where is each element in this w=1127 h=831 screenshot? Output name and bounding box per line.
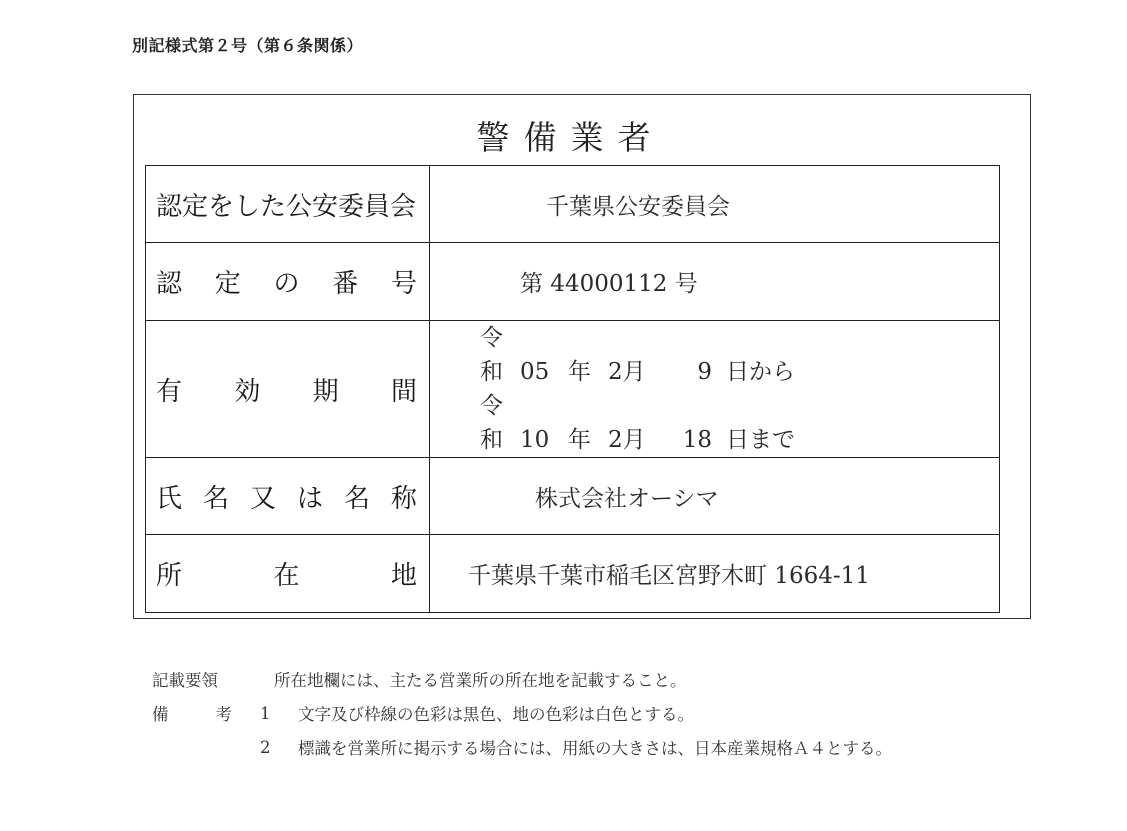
table-row-business-name: 氏 名 又 は 名 称 株式会社オーシマ bbox=[146, 458, 1000, 535]
label-char: 定 bbox=[215, 263, 241, 300]
label-char: 又 bbox=[250, 478, 276, 515]
label-char: 号 bbox=[391, 263, 417, 300]
instructions-heading: 記載要領 bbox=[152, 667, 274, 691]
label-business-name: 氏 名 又 は 名 称 bbox=[156, 478, 417, 515]
label-char: 名 bbox=[203, 478, 229, 515]
value-authority: 千葉県公安委員会 bbox=[430, 194, 730, 220]
label-authority: 認定をした公安委員会 bbox=[156, 192, 416, 222]
remarks-heading-char: 備 bbox=[152, 701, 169, 725]
instructions-text: 所在地欄には、主たる営業所の所在地を記載すること。 bbox=[274, 667, 687, 691]
value-address: 千葉県千葉市稲毛区宮野木町 1664-11 bbox=[430, 563, 870, 589]
period-to: 令和10年2月18日まで bbox=[480, 389, 999, 457]
label-char: 認 bbox=[156, 263, 182, 300]
label-char: 地 bbox=[391, 555, 417, 592]
period-suffix: 日から bbox=[726, 355, 795, 389]
label-validity-period: 有 効 期 間 bbox=[156, 371, 417, 408]
sign-title: 警備業者 bbox=[0, 112, 1127, 159]
form-reference: 別記様式第２号（第６条関係） bbox=[132, 33, 363, 56]
label-char: 効 bbox=[234, 371, 260, 408]
label-char: 所 bbox=[156, 555, 182, 592]
remark-text: 標識を営業所に掲示する場合には、用紙の大きさは、日本産業規格Ａ４とする。 bbox=[298, 735, 892, 759]
period-month: 2月 bbox=[608, 355, 660, 389]
table-row-authority: 認定をした公安委員会 千葉県公安委員会 bbox=[146, 166, 1000, 243]
sign-table: 認定をした公安委員会 千葉県公安委員会 認 定 の 番 号 第 44000112… bbox=[145, 165, 1000, 613]
label-cell: 認 定 の 番 号 bbox=[146, 243, 430, 321]
value-cell: 千葉県公安委員会 bbox=[430, 166, 1000, 243]
label-address: 所 在 地 bbox=[156, 555, 417, 592]
label-cell: 氏 名 又 は 名 称 bbox=[146, 458, 430, 535]
label-char: 氏 bbox=[156, 478, 182, 515]
value-cell: 第 44000112 号 bbox=[430, 243, 1000, 321]
remark-line-2: 2 標識を営業所に掲示する場合には、用紙の大きさは、日本産業規格Ａ４とする。 bbox=[152, 730, 892, 764]
instructions-line: 記載要領 所在地欄には、主たる営業所の所在地を記載すること。 bbox=[152, 662, 892, 696]
label-char: 番 bbox=[332, 263, 358, 300]
notes-section: 記載要領 所在地欄には、主たる営業所の所在地を記載すること。 備 考 1 文字及… bbox=[152, 662, 892, 764]
label-char: 有 bbox=[156, 371, 182, 408]
remark-line-1: 備 考 1 文字及び枠線の色彩は黒色、地の色彩は白色とする。 bbox=[152, 696, 892, 730]
remarks-heading-char: 考 bbox=[216, 701, 233, 725]
period-month: 2月 bbox=[608, 423, 660, 457]
remark-number: 1 bbox=[260, 704, 298, 723]
period-year-unit: 年 bbox=[568, 355, 608, 389]
period-year: 10 bbox=[520, 423, 568, 457]
period-era: 令和 bbox=[480, 389, 520, 457]
label-cell: 認定をした公安委員会 bbox=[146, 166, 430, 243]
label-char: の bbox=[273, 263, 299, 300]
label-char: 名 bbox=[344, 478, 370, 515]
label-char: 間 bbox=[391, 371, 417, 408]
period-era: 令和 bbox=[480, 321, 520, 389]
table-row-address: 所 在 地 千葉県千葉市稲毛区宮野木町 1664-11 bbox=[146, 535, 1000, 613]
label-char: 期 bbox=[313, 371, 339, 408]
period-day: 9 bbox=[660, 355, 726, 389]
period-year-unit: 年 bbox=[568, 423, 608, 457]
table-row-certification-number: 認 定 の 番 号 第 44000112 号 bbox=[146, 243, 1000, 321]
label-cell: 有 効 期 間 bbox=[146, 321, 430, 458]
remarks-heading: 備 考 bbox=[152, 701, 232, 725]
label-cell: 所 在 地 bbox=[146, 535, 430, 613]
value-cell: 令和05年2月9日から 令和10年2月18日まで bbox=[430, 321, 1000, 458]
period-day: 18 bbox=[660, 423, 726, 457]
table-row-validity-period: 有 効 期 間 令和05年2月9日から 令和10年2月18日まで bbox=[146, 321, 1000, 458]
remark-number: 2 bbox=[260, 738, 298, 757]
remark-text: 文字及び枠線の色彩は黒色、地の色彩は白色とする。 bbox=[298, 701, 694, 725]
value-validity-period: 令和05年2月9日から 令和10年2月18日まで bbox=[430, 321, 999, 457]
label-char: 在 bbox=[273, 555, 299, 592]
value-certification-number: 第 44000112 号 bbox=[430, 271, 698, 297]
value-business-name: 株式会社オーシマ bbox=[430, 486, 719, 512]
period-year: 05 bbox=[520, 355, 568, 389]
label-certification-number: 認 定 の 番 号 bbox=[156, 263, 417, 300]
value-cell: 株式会社オーシマ bbox=[430, 458, 1000, 535]
label-char: 称 bbox=[391, 478, 417, 515]
period-suffix: 日まで bbox=[726, 423, 795, 457]
period-from: 令和05年2月9日から bbox=[480, 321, 999, 389]
label-char: は bbox=[297, 478, 323, 515]
value-cell: 千葉県千葉市稲毛区宮野木町 1664-11 bbox=[430, 535, 1000, 613]
